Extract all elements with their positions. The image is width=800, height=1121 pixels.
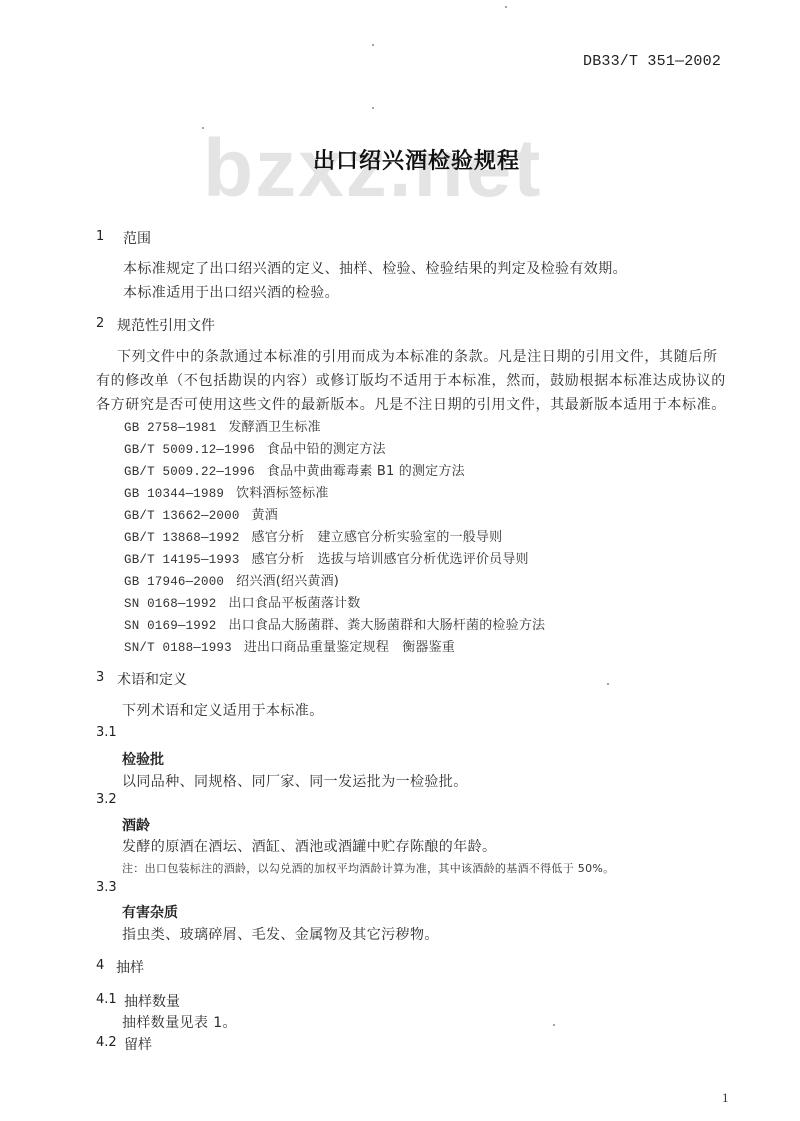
reference-item: GB 17946—2000绍兴酒(绍兴黄酒): [124, 570, 339, 589]
reference-title: 黄酒: [252, 508, 278, 523]
reference-title: 发酵酒卫生标准: [228, 420, 320, 435]
reference-title: 绍兴酒(绍兴黄酒): [236, 574, 339, 589]
section-2-intro-line-3: 各方研究是否可使用这些文件的最新版本。凡是不注日期的引用文件，其最新版本适用于本…: [96, 394, 726, 414]
section-4-number: 4: [96, 958, 104, 973]
section-1-para-2: 本标准适用于出口绍兴酒的检验。: [123, 282, 339, 302]
reference-item: GB/T 13662—2000黄酒: [124, 504, 278, 523]
document-page: bzxz.net DB33/T 351—2002 出口绍兴酒检验规程 1 范围 …: [0, 0, 800, 1121]
reference-item: SN/T 0188—1993进出口商品重量鉴定规程 衡器鉴重: [124, 636, 455, 655]
subsection-text: 抽样数量见表 1。: [122, 1012, 237, 1032]
section-2-title: 规范性引用文件: [117, 315, 215, 335]
scan-speck: [553, 1024, 555, 1026]
reference-title: 感官分析 选拔与培训感官分析优选评价员导则: [252, 552, 529, 567]
reference-item: SN 0168—1992出口食品平板菌落计数: [124, 592, 360, 611]
term-note: 注：出口包装标注的酒龄，以勾兑酒的加权平均酒龄计算为准，其中该酒龄的基酒不得低于…: [122, 860, 614, 876]
scan-speck: [372, 107, 374, 109]
section-3-intro: 下列术语和定义适用于本标准。: [122, 700, 324, 720]
section-3-number: 3: [96, 670, 104, 685]
subsection-title: 留样: [124, 1034, 152, 1054]
term-definition: 以同品种、同规格、同厂家、同一发运批为一检验批。: [122, 771, 468, 791]
reference-title: 感官分析 建立感官分析实验室的一般导则: [252, 530, 503, 545]
section-4-title: 抽样: [116, 957, 144, 977]
reference-title: 出口食品大肠菌群、粪大肠菌群和大肠杆菌的检验方法: [228, 618, 545, 633]
subsection-title: 抽样数量: [124, 991, 180, 1011]
reference-code: GB 17946—2000: [124, 575, 224, 589]
section-1-number: 1: [96, 229, 104, 244]
section-1-title: 范围: [123, 228, 151, 248]
reference-title: 食品中铅的测定方法: [267, 442, 386, 457]
reference-code: GB/T 5009.22—1996: [124, 465, 255, 479]
reference-title: 进出口商品重量鉴定规程 衡器鉴重: [244, 640, 455, 655]
reference-title: 饮料酒标签标准: [236, 486, 328, 501]
term-number: 3.1: [96, 725, 117, 740]
reference-item: GB 10344—1989饮料酒标签标准: [124, 482, 329, 501]
reference-item: GB/T 14195—1993感官分析 选拔与培训感官分析优选评价员导则: [124, 548, 529, 567]
reference-title: 食品中黄曲霉毒素 B1 的测定方法: [267, 464, 465, 479]
term-number: 3.2: [96, 792, 117, 807]
page-number: 1: [722, 1090, 729, 1106]
term-title: 检验批: [122, 749, 164, 769]
section-3-title: 术语和定义: [117, 669, 187, 689]
document-code: DB33/T 351—2002: [583, 53, 721, 70]
term-definition: 发酵的原酒在酒坛、酒缸、酒池或酒罐中贮存陈酿的年龄。: [122, 836, 496, 856]
scan-speck: [607, 683, 609, 685]
term-title: 酒龄: [122, 815, 150, 835]
subsection-number: 4.1: [96, 992, 117, 1007]
reference-code: SN/T 0188—1993: [124, 641, 232, 655]
reference-item: GB 2758—1981发酵酒卫生标准: [124, 416, 321, 435]
scan-speck: [372, 44, 374, 46]
reference-code: GB/T 13868—1992: [124, 531, 240, 545]
reference-code: SN 0169—1992: [124, 619, 216, 633]
term-number: 3.3: [96, 880, 117, 895]
page-title: 出口绍兴酒检验规程: [313, 144, 520, 175]
reference-title: 出口食品平板菌落计数: [228, 596, 360, 611]
subsection-number: 4.2: [96, 1035, 117, 1050]
reference-item: GB/T 5009.12—1996食品中铅的测定方法: [124, 438, 386, 457]
reference-code: GB 2758—1981: [124, 421, 216, 435]
scan-speck: [202, 127, 204, 129]
reference-code: GB/T 14195—1993: [124, 553, 240, 567]
reference-item: GB/T 5009.22—1996食品中黄曲霉毒素 B1 的测定方法: [124, 460, 465, 479]
reference-item: GB/T 13868—1992感官分析 建立感官分析实验室的一般导则: [124, 526, 502, 545]
section-1-para-1: 本标准规定了出口绍兴酒的定义、抽样、检验、检验结果的判定及检验有效期。: [123, 258, 627, 278]
section-2-intro-line-1: 下列文件中的条款通过本标准的引用而成为本标准的条款。凡是注日期的引用文件，其随后…: [117, 346, 718, 366]
term-definition: 指虫类、玻璃碎屑、毛发、金属物及其它污秽物。: [122, 924, 439, 944]
term-title: 有害杂质: [122, 902, 178, 922]
section-2-intro-line-2: 有的修改单（不包括勘误的内容）或修订版均不适用于本标准，然而，鼓励根据本标准达成…: [96, 370, 726, 390]
reference-code: GB/T 13662—2000: [124, 509, 240, 523]
section-2-number: 2: [96, 316, 104, 331]
reference-code: GB 10344—1989: [124, 487, 224, 501]
reference-code: SN 0168—1992: [124, 597, 216, 611]
scan-speck: [505, 6, 507, 8]
reference-code: GB/T 5009.12—1996: [124, 443, 255, 457]
reference-item: SN 0169—1992出口食品大肠菌群、粪大肠菌群和大肠杆菌的检验方法: [124, 614, 545, 633]
